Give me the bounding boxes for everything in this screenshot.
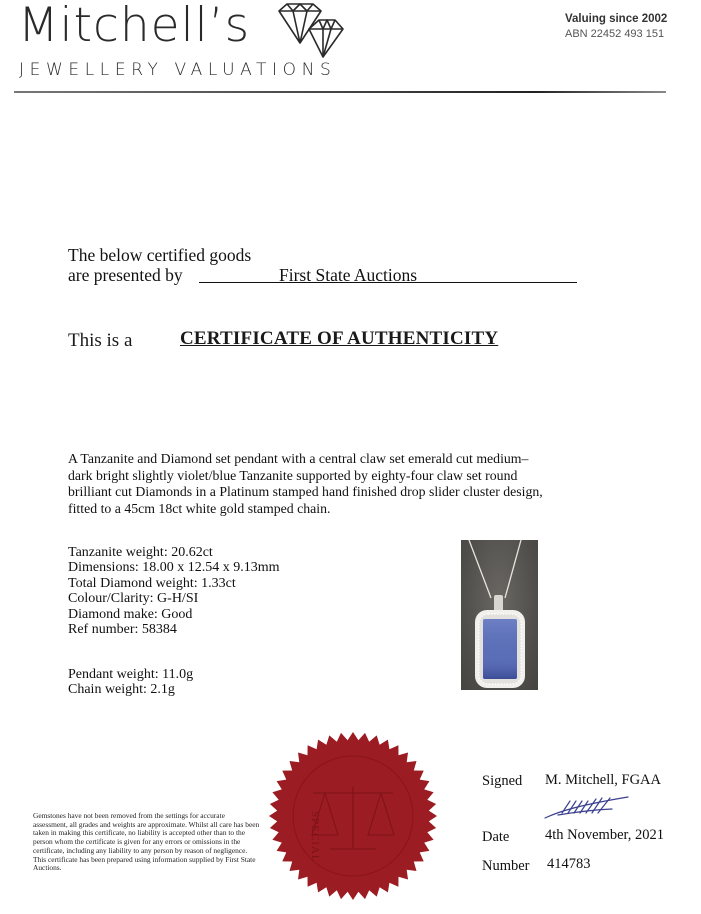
signed-value: M. Mitchell, FGAA [545, 773, 661, 788]
spec-colour-clarity: Colour/Clarity: G-H/SI [68, 591, 280, 606]
presenter-name: First State Auctions [279, 265, 417, 285]
date-value: 4th November, 2021 [545, 828, 664, 843]
diamonds-icon [271, 3, 345, 59]
tagline: Valuing since 2002 [565, 14, 667, 26]
signed-label: Signed [482, 774, 522, 789]
disclaimer-text: Gemstones have not been removed from the… [33, 812, 261, 873]
spec-tanzanite-weight: Tanzanite weight: 20.62ct [68, 545, 280, 560]
brand-subtitle: JEWELLERY VALUATIONS [19, 62, 336, 79]
certificate-number: 414783 [547, 857, 591, 872]
spec-ref-number: Ref number: 58384 [68, 622, 280, 637]
brand-name: Mitchell’s [18, 2, 250, 49]
pendant-icon [461, 540, 538, 690]
seal-text: SPECIAL [309, 811, 321, 863]
weight-list: Pendant weight: 11.0g Chain weight: 2.1g [68, 667, 193, 698]
date-label: Date [482, 830, 509, 845]
pendant-photo [461, 540, 538, 690]
intro-line-1: The below certified goods [68, 245, 251, 265]
signature-icon [540, 793, 635, 823]
spec-dimensions: Dimensions: 18.00 x 12.54 x 9.13mm [68, 560, 280, 575]
pendant-weight: Pendant weight: 11.0g [68, 667, 193, 682]
certificate-prefix: This is a [68, 330, 132, 352]
header-divider [14, 91, 666, 93]
certificate-title: CERTIFICATE OF AUTHENTICITY [180, 328, 498, 350]
spec-diamond-make: Diamond make: Good [68, 607, 280, 622]
scales-of-justice-seal: SPECIAL [268, 731, 438, 901]
number-label: Number [482, 859, 530, 874]
spec-list: Tanzanite weight: 20.62ct Dimensions: 18… [68, 545, 280, 637]
abn-number: ABN 22452 493 151 [565, 29, 664, 40]
item-description: A Tanzanite and Diamond set pendant with… [68, 451, 548, 518]
chain-weight: Chain weight: 2.1g [68, 682, 193, 697]
spec-diamond-weight: Total Diamond weight: 1.33ct [68, 576, 280, 591]
intro-line-2: are presented by [68, 265, 183, 285]
